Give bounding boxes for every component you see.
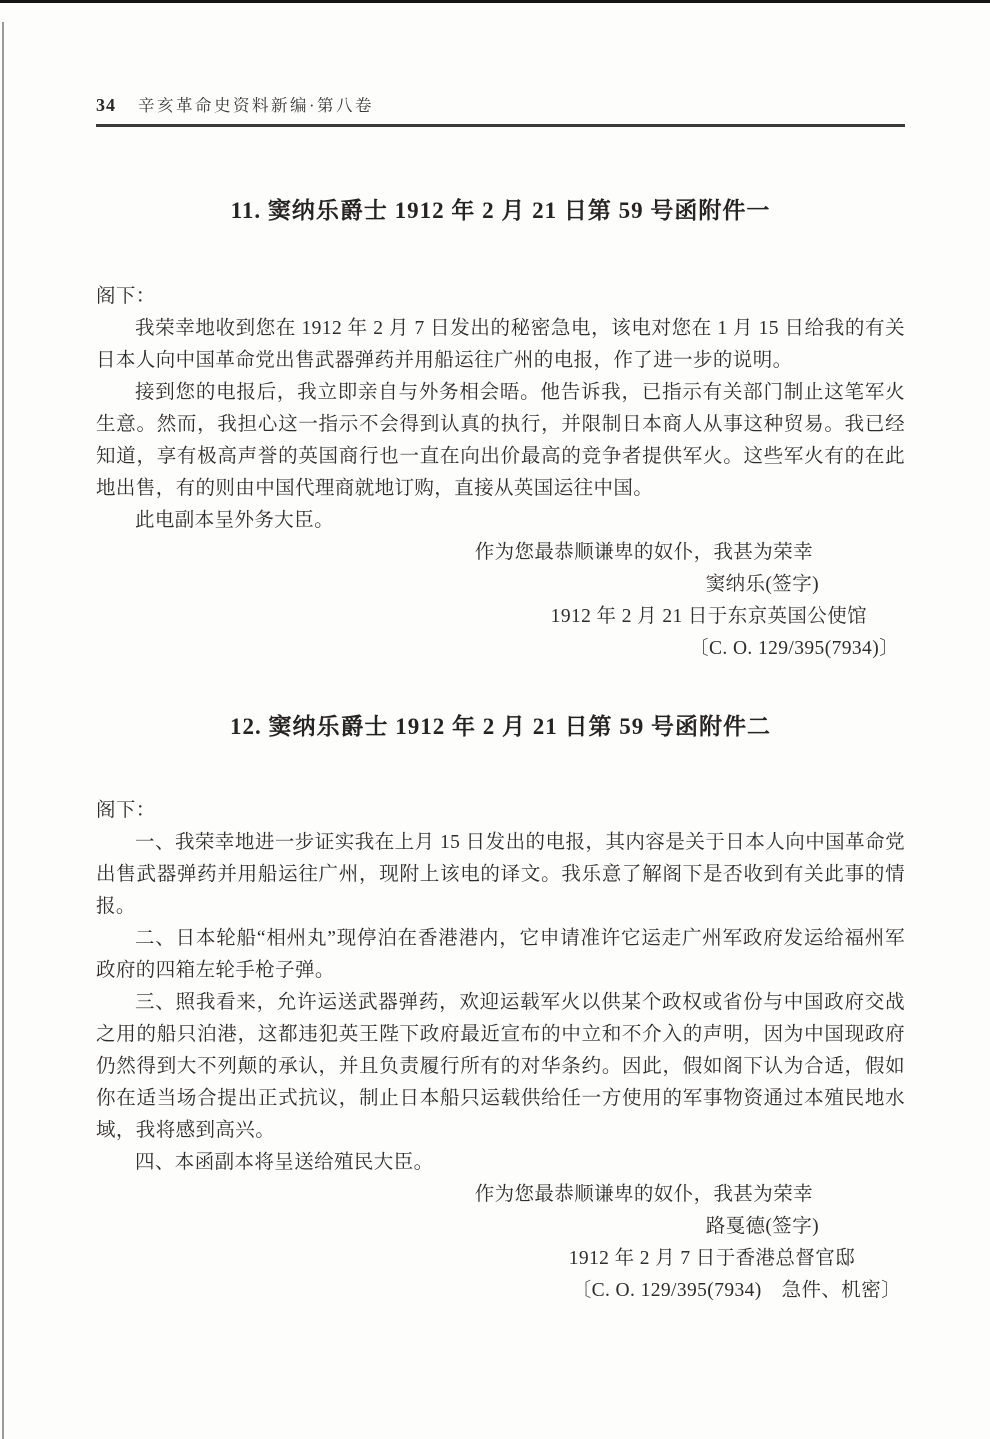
- closing-dateline: 1912 年 2 月 21 日于东京英国公使馆: [96, 601, 905, 633]
- salutation: 阁下：: [96, 795, 905, 827]
- section-title: 11. 窦纳乐爵士 1912 年 2 月 21 日第 59 号函附件一: [96, 193, 905, 229]
- section-letter-enclosure-2: 12. 窦纳乐爵士 1912 年 2 月 21 日第 59 号函附件二 阁下： …: [96, 709, 905, 1307]
- running-header: 34 辛亥革命史资料新编·第八卷: [96, 92, 905, 116]
- paragraph: 一、我荣幸地进一步证实我在上月 15 日发出的电报，其内容是关于日本人向中国革命…: [96, 827, 905, 923]
- paragraph: 三、照我看来，允许运送武器弹药，欢迎运载军火以供某个政权或省份与中国政府交战之用…: [96, 987, 905, 1147]
- book-title: 辛亥革命史资料新编·第八卷: [138, 92, 374, 116]
- salutation: 阁下：: [96, 281, 905, 313]
- closing-compliment: 作为您最恭顺谦卑的奴仆，我甚为荣幸: [96, 1179, 905, 1211]
- closing-signature: 路戛德(签字): [96, 1211, 905, 1243]
- letter-body: 阁下： 一、我荣幸地进一步证实我在上月 15 日发出的电报，其内容是关于日本人向…: [96, 795, 905, 1307]
- letter-closing: 作为您最恭顺谦卑的奴仆，我甚为荣幸 窦纳乐(签字) 1912 年 2 月 21 …: [96, 537, 905, 665]
- letter-body: 阁下： 我荣幸地收到您在 1912 年 2 月 7 日发出的秘密急电，该电对您在…: [96, 281, 905, 665]
- section-title: 12. 窦纳乐爵士 1912 年 2 月 21 日第 59 号函附件二: [96, 709, 905, 745]
- header-rule: [96, 124, 905, 127]
- closing-dateline: 1912 年 2 月 7 日于香港总督官邸: [96, 1243, 905, 1275]
- paragraph: 我荣幸地收到您在 1912 年 2 月 7 日发出的秘密急电，该电对您在 1 月…: [96, 313, 905, 377]
- closing-compliment: 作为您最恭顺谦卑的奴仆，我甚为荣幸: [96, 537, 905, 569]
- closing-archive-ref: 〔C. O. 129/395(7934)〕: [96, 633, 905, 665]
- section-letter-enclosure-1: 11. 窦纳乐爵士 1912 年 2 月 21 日第 59 号函附件一 阁下： …: [96, 193, 905, 665]
- closing-archive-ref: 〔C. O. 129/395(7934) 急件、机密〕: [96, 1275, 905, 1307]
- book-page: 34 辛亥革命史资料新编·第八卷 11. 窦纳乐爵士 1912 年 2 月 21…: [0, 0, 990, 1439]
- paragraph: 接到您的电报后，我立即亲自与外务相会晤。他告诉我，已指示有关部门制止这笔军火生意…: [96, 377, 905, 505]
- closing-signature: 窦纳乐(签字): [96, 569, 905, 601]
- page-content: 34 辛亥革命史资料新编·第八卷 11. 窦纳乐爵士 1912 年 2 月 21…: [0, 0, 990, 1307]
- paragraph: 四、本函副本将呈送给殖民大臣。: [96, 1147, 905, 1179]
- letter-closing: 作为您最恭顺谦卑的奴仆，我甚为荣幸 路戛德(签字) 1912 年 2 月 7 日…: [96, 1179, 905, 1307]
- paragraph: 二、日本轮船“相州丸”现停泊在香港港内，它申请准许它运走广州军政府发运给福州军政…: [96, 923, 905, 987]
- page-number: 34: [96, 95, 116, 116]
- paragraph: 此电副本呈外务大臣。: [96, 505, 905, 537]
